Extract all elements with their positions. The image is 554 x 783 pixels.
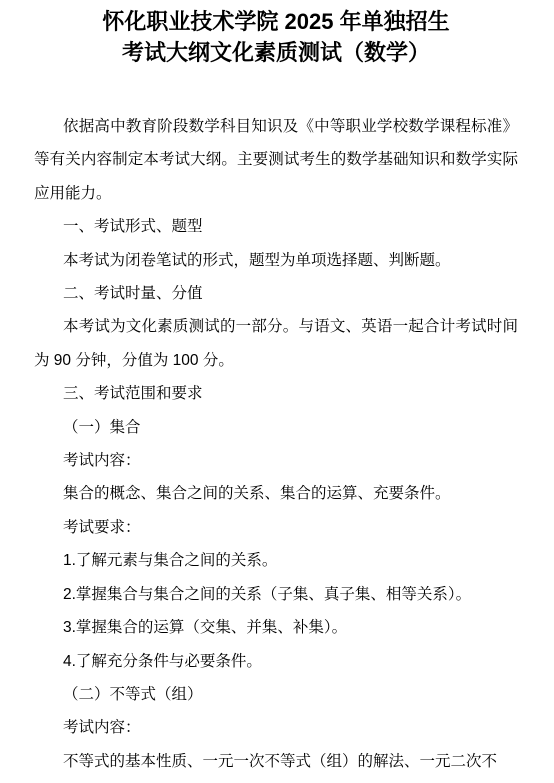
body-paragraph: 4.了解充分条件与必要条件。 xyxy=(34,645,518,678)
section-heading: 三、考试范围和要求 xyxy=(34,377,518,410)
body-paragraph: 不等式的基本性质、一元一次不等式（组）的解法、一元二次不 xyxy=(34,745,518,778)
body-paragraph: 1.了解元素与集合之间的关系。 xyxy=(34,544,518,577)
page-title-line-1: 怀化职业技术学院 2025 年单独招生 xyxy=(34,6,518,37)
body-paragraph: 2.掌握集合与集合之间的关系（子集、真子集、相等关系）。 xyxy=(34,578,518,611)
body-paragraph: 本考试为闭卷笔试的形式，题型为单项选择题、判断题。 xyxy=(34,244,518,277)
document-page: 怀化职业技术学院 2025 年单独招生 考试大纲文化素质测试（数学） 依据高中教… xyxy=(0,0,554,783)
body-paragraph: 本考试为文化素质测试的一部分。与语文、英语一起合计考试时间为 90 分钟，分值为… xyxy=(34,310,518,377)
document-body: 依据高中教育阶段数学科目知识及《中等职业学校数学课程标准》等有关内容制定本考试大… xyxy=(34,110,518,778)
body-paragraph: 考试要求： xyxy=(34,511,518,544)
body-paragraph: 集合的概念、集合之间的关系、集合的运算、充要条件。 xyxy=(34,477,518,510)
subsection-heading: （一）集合 xyxy=(34,411,518,444)
body-paragraph: 考试内容： xyxy=(34,711,518,744)
body-paragraph: 3.掌握集合的运算（交集、并集、补集）。 xyxy=(34,611,518,644)
subsection-heading: （二）不等式（组） xyxy=(34,678,518,711)
page-title: 怀化职业技术学院 2025 年单独招生 考试大纲文化素质测试（数学） xyxy=(34,6,518,68)
section-heading: 一、考试形式、题型 xyxy=(34,210,518,243)
page-title-line-2: 考试大纲文化素质测试（数学） xyxy=(34,37,518,68)
body-paragraph: 依据高中教育阶段数学科目知识及《中等职业学校数学课程标准》等有关内容制定本考试大… xyxy=(34,110,518,210)
body-paragraph: 考试内容： xyxy=(34,444,518,477)
section-heading: 二、考试时量、分值 xyxy=(34,277,518,310)
